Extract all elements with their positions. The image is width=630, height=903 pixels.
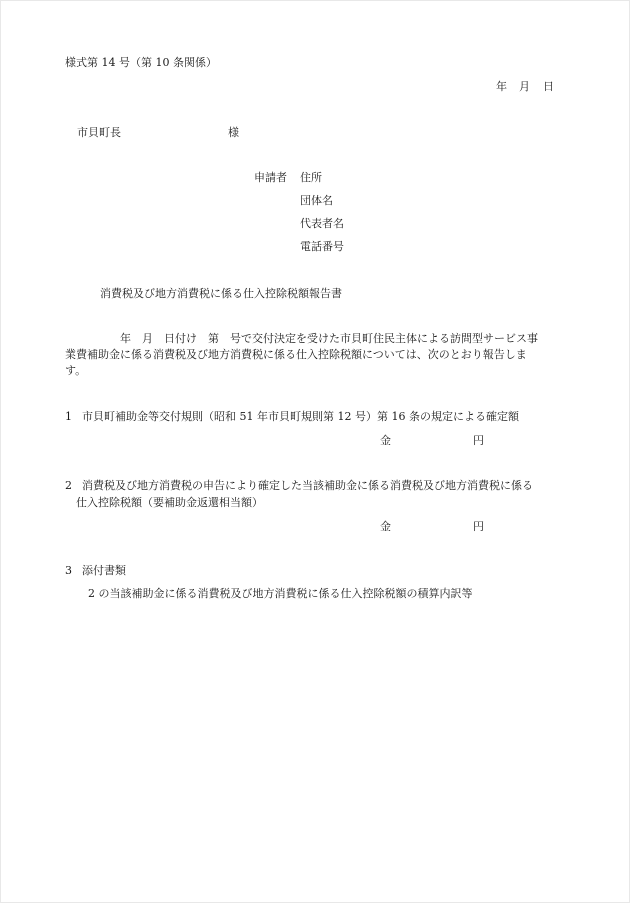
body-line-2: 業費補助金に係る消費税及び地方消費税に係る仕入控除税額については、次のとおり報告… (65, 348, 527, 362)
document-title: 消費税及び地方消費税に係る仕入控除税額報告書 (100, 287, 342, 301)
addressee-name: 市貝町長 (77, 126, 121, 140)
item-1-number: 1 (65, 410, 72, 424)
document-page: 様式第 14 号（第 10 条関係） 年 月 日 市貝町長 様 申請者 住所 団… (0, 0, 630, 903)
applicant-label: 申請者 (254, 171, 287, 185)
applicant-phone-label: 電話番号 (300, 240, 344, 254)
item-2-text-line-1: 消費税及び地方消費税の申告により確定した当該補助金に係る消費税及び地方消費税に係… (82, 479, 533, 493)
item-2-text-line-2: 仕入控除税額（要補助金返還相当額） (76, 496, 263, 510)
date-day: 日 (543, 80, 554, 94)
item-2-number: 2 (65, 479, 72, 493)
date-month: 月 (519, 80, 530, 94)
body-line-1: 年 月 日付け 第 号で交付決定を受けた市貝町住民主体による訪問型サービス事 (65, 332, 538, 346)
item-1-amount-prefix: 金 (380, 434, 391, 448)
item-3-detail: 2 の当該補助金に係る消費税及び地方消費税に係る仕入控除税額の積算内訳等 (88, 587, 473, 601)
item-1-text: 市貝町補助金等交付規則（昭和 51 年市貝町規則第 12 号）第 16 条の規定… (82, 410, 519, 424)
item-2-amount-prefix: 金 (380, 520, 391, 534)
body-line-3: す。 (65, 364, 86, 378)
item-3-text: 添付書類 (82, 564, 126, 578)
applicant-organization-label: 団体名 (300, 194, 333, 208)
item-2-amount-suffix: 円 (473, 520, 484, 534)
item-3-number: 3 (65, 564, 72, 578)
date-year: 年 (496, 80, 507, 94)
applicant-representative-label: 代表者名 (300, 217, 344, 231)
applicant-address-label: 住所 (300, 171, 322, 185)
item-1-amount-suffix: 円 (473, 434, 484, 448)
addressee-honorific: 様 (228, 126, 239, 140)
form-number: 様式第 14 号（第 10 条関係） (65, 56, 217, 70)
